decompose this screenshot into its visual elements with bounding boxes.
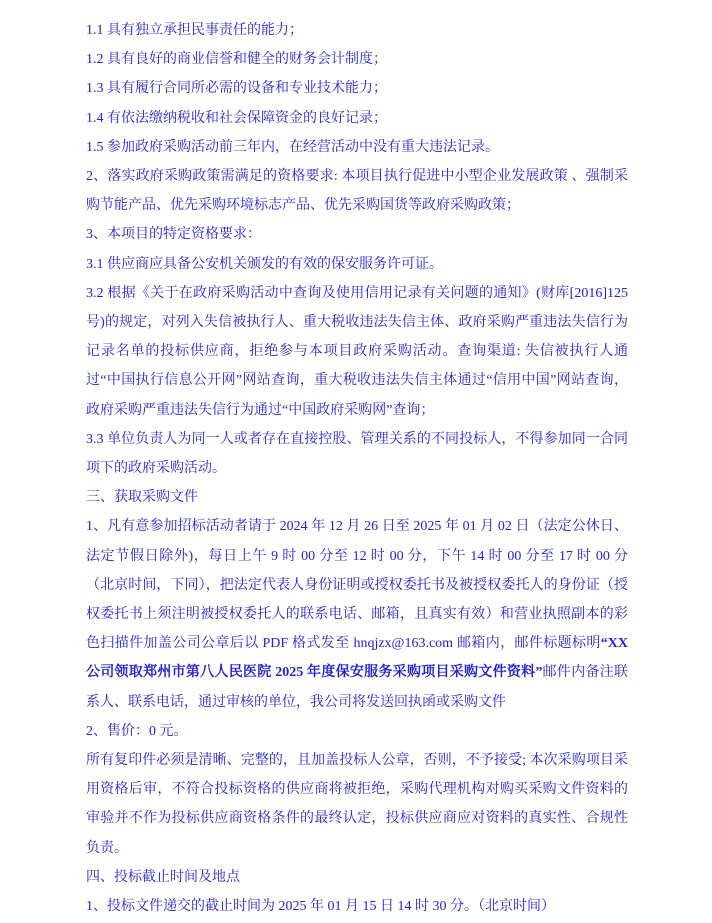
paragraph-qualification-1-3: 1.3 具有履行合同所必需的设备和专业技术能力；: [86, 74, 628, 103]
paragraph-copy-requirements: 所有复印件必须是清晰、完整的，且加盖投标人公章，否则，不予接受; 本次采购项目采…: [86, 746, 628, 863]
paragraph-qualification-1-4: 1.4 有依法缴纳税收和社会保障资金的良好记录；: [86, 104, 628, 133]
document-collection-pre: 1、凡有意参加招标活动者请于 2024 年 12 月 26 日至 2025 年 …: [86, 519, 628, 651]
paragraph-deadline-time: 1、投标文件递交的截止时间为 2025 年 01 月 15 日 14 时 30 …: [86, 892, 628, 921]
document-page: 1.1 具有独立承担民事责任的能力； 1.2 具有良好的商业信誉和健全的财务会计…: [0, 0, 712, 923]
paragraph-qualification-1-2: 1.2 具有良好的商业信誉和健全的财务会计制度；: [86, 45, 628, 74]
paragraph-same-legal-person-3-3: 3.3 单位负责人为同一人或者存在直接控股、管理关系的不同投标人，不得参加同一合…: [86, 425, 628, 483]
paragraph-qualification-1-1: 1.1 具有独立承担民事责任的能力；: [86, 16, 628, 45]
section-heading-bid-deadline: 四、投标截止时间及地点: [86, 863, 628, 892]
paragraph-credit-record-3-2: 3.2 根据《关于在政府采购活动中查询及使用信用记录有关问题的通知》(财库[20…: [86, 279, 628, 425]
paragraph-specific-qualification-3-1: 3.1 供应商应具备公安机关颁发的有效的保安服务许可证。: [86, 250, 628, 279]
paragraph-document-collection: 1、凡有意参加招标活动者请于 2024 年 12 月 26 日至 2025 年 …: [86, 512, 628, 716]
section-heading-obtain-documents: 三、获取采购文件: [86, 483, 628, 512]
paragraph-policy-requirements: 2、落实政府采购政策需满足的资格要求: 本项目执行促进中小型企业发展政策 、强制…: [86, 162, 628, 220]
paragraph-specific-qualification-heading: 3、本项目的特定资格要求：: [86, 220, 628, 249]
paragraph-price: 2、售价：0 元。: [86, 717, 628, 746]
paragraph-qualification-1-5: 1.5 参加政府采购活动前三年内，在经营活动中没有重大违法记录。: [86, 133, 628, 162]
